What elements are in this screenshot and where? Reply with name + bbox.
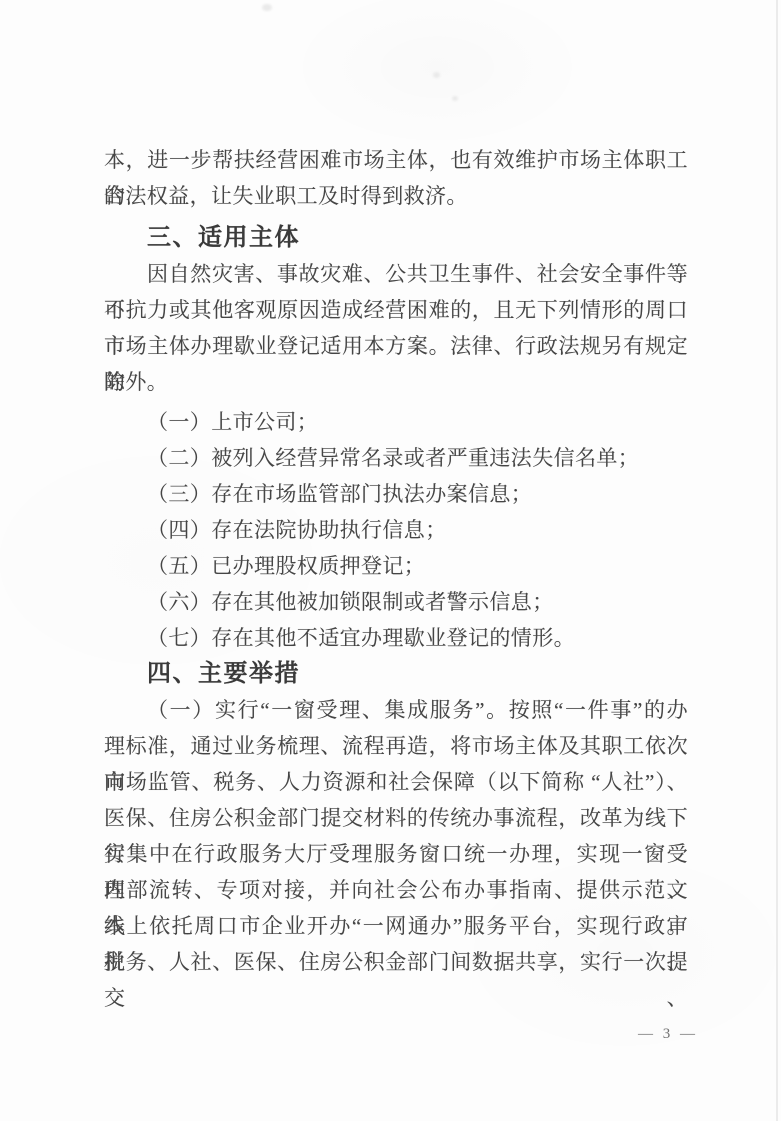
list-item-6: （六）存在其他被加锁限制或者警示信息； bbox=[104, 584, 688, 620]
paragraph-line: 除外。 bbox=[104, 364, 688, 400]
paragraph-line: （一）实行“一窗受理、集成服务”。按照“一件事”的办 bbox=[104, 692, 688, 728]
paragraph-line: 税务、人社、医保、住房公积金部门间数据共享，实行一次提交、 bbox=[104, 944, 688, 980]
intro-continuation-line: 合法权益，让失业职工及时得到救济。 bbox=[104, 178, 688, 214]
scan-speck-artifact bbox=[262, 4, 272, 11]
list-item-4: （四）存在法院协助执行信息； bbox=[104, 512, 688, 548]
list-item-1: （一）上市公司； bbox=[104, 404, 688, 440]
document-page: 本，进一步帮扶经营困难市场主体，也有效维护市场主体职工的 合法权益，让失业职工及… bbox=[0, 0, 781, 1121]
intro-continuation-line: 本，进一步帮扶经营困难市场主体，也有效维护市场主体职工的 bbox=[104, 142, 688, 178]
paragraph-line: 市场主体办理歇业登记适用本方案。法律、行政法规另有规定的 bbox=[104, 328, 688, 364]
paragraph-line: 理标准，通过业务梳理、流程再造，将市场主体及其职工依次向 bbox=[104, 728, 688, 764]
paragraph-line: 市场监管、税务、人力资源和社会保障（以下简称 “人社”）、 bbox=[104, 764, 688, 800]
section-heading-main-measures: 四、主要举措 bbox=[104, 656, 688, 692]
paragraph-line: 医保、住房公积金部门提交材料的传统办事流程，改革为线下实 bbox=[104, 800, 688, 836]
scan-edge-artifact bbox=[776, 0, 778, 1121]
list-item-3: （三）存在市场监管部门执法办案信息； bbox=[104, 476, 688, 512]
list-item-5: （五）已办理股权质押登记； bbox=[104, 548, 688, 584]
page-number: — 3 — bbox=[638, 1026, 698, 1043]
list-item-2: （二）被列入经营异常名录或者严重违法失信名单； bbox=[104, 440, 688, 476]
paragraph-line: 行集中在行政服务大厅受理服务窗口统一办理，实现一窗受理、 bbox=[104, 836, 688, 872]
paragraph-line: 因自然灾害、事故灾难、公共卫生事件、社会安全事件等不 bbox=[104, 256, 688, 292]
paragraph-line: 线上依托周口市企业开办“一网通办”服务平台，实现行政审批、 bbox=[104, 908, 688, 944]
scan-speck-artifact bbox=[452, 96, 458, 101]
document-body: 本，进一步帮扶经营困难市场主体，也有效维护市场主体职工的 合法权益，让失业职工及… bbox=[104, 142, 688, 980]
paragraph-line: 内部流转、专项对接，并向社会公布办事指南、提供示范文本。 bbox=[104, 872, 688, 908]
section-heading-applicable-subjects: 三、适用主体 bbox=[104, 220, 688, 256]
paragraph-line: 可抗力或其他客观原因造成经营困难的，且无下列情形的周口市 bbox=[104, 292, 688, 328]
scan-speck-artifact bbox=[433, 72, 440, 78]
list-item-7: （七）存在其他不适宜办理歇业登记的情形。 bbox=[104, 620, 688, 656]
